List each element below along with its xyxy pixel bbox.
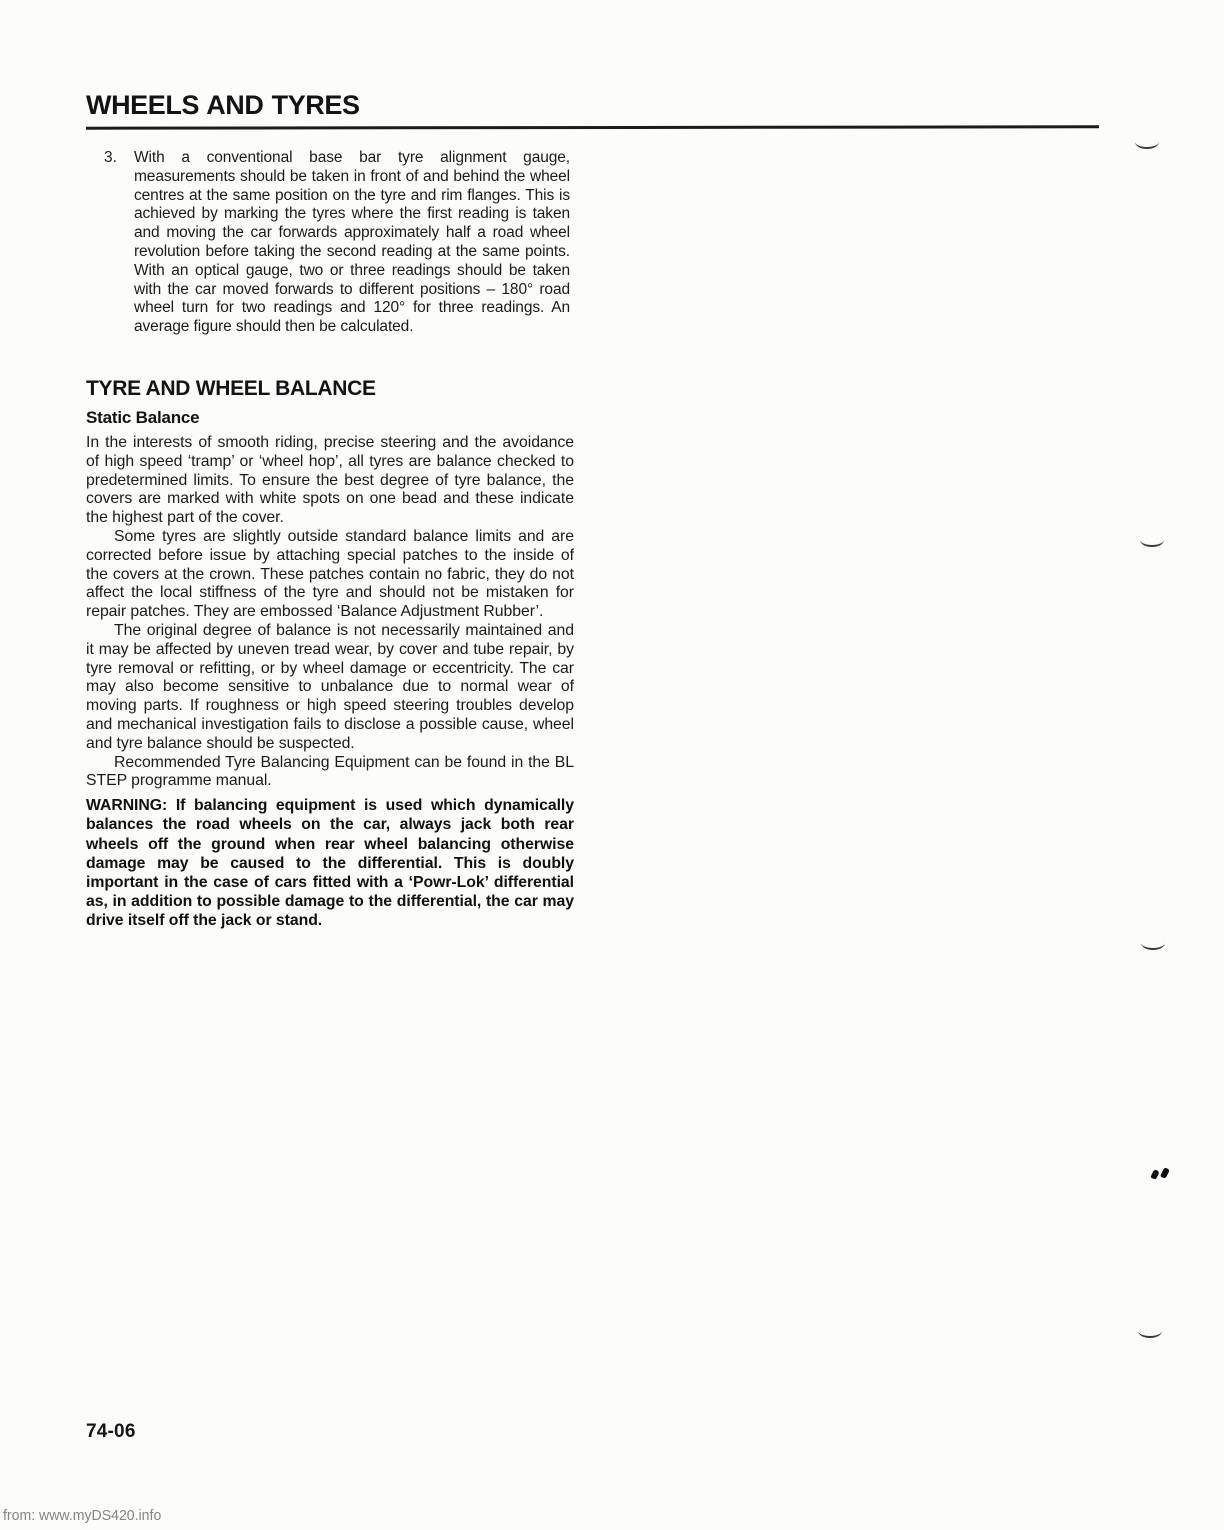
list-item-text: With a conventional base bar tyre alignm… (134, 149, 570, 337)
scan-speck-icon (1150, 1169, 1160, 1179)
paragraph: Recommended Tyre Balancing Equipment can… (86, 754, 574, 792)
header-rule (86, 125, 1099, 129)
watermark-text: from: www.myDS420.info (3, 1507, 161, 1524)
content-column: 3. With a conventional base bar tyre ali… (86, 149, 574, 931)
document-page: WHEELS AND TYRES 3. With a conventional … (0, 0, 1224, 1530)
page-title: WHEELS AND TYRES (86, 90, 360, 121)
list-item-number: 3. (104, 149, 134, 337)
warning-paragraph: WARNING: If balancing equipment is used … (86, 796, 574, 930)
paragraph: Some tyres are slightly outside standard… (86, 528, 574, 622)
scan-artifact-curve-4 (1138, 1329, 1162, 1338)
paragraph: In the interests of smooth riding, preci… (86, 434, 574, 528)
scan-artifact-curve-3 (1141, 941, 1165, 950)
section-subtitle: Static Balance (86, 408, 574, 428)
section-title: TYRE AND WHEEL BALANCE (86, 377, 574, 401)
scan-speck-icon (1160, 1168, 1170, 1179)
paragraph: The original degree of balance is not ne… (86, 622, 574, 754)
scan-artifact-curve-1 (1135, 140, 1159, 149)
scan-artifact-specks (1152, 1168, 1168, 1179)
page-number: 74-06 (86, 1421, 136, 1443)
numbered-list-item: 3. With a conventional base bar tyre ali… (104, 149, 570, 337)
scan-artifact-curve-2 (1140, 538, 1164, 547)
